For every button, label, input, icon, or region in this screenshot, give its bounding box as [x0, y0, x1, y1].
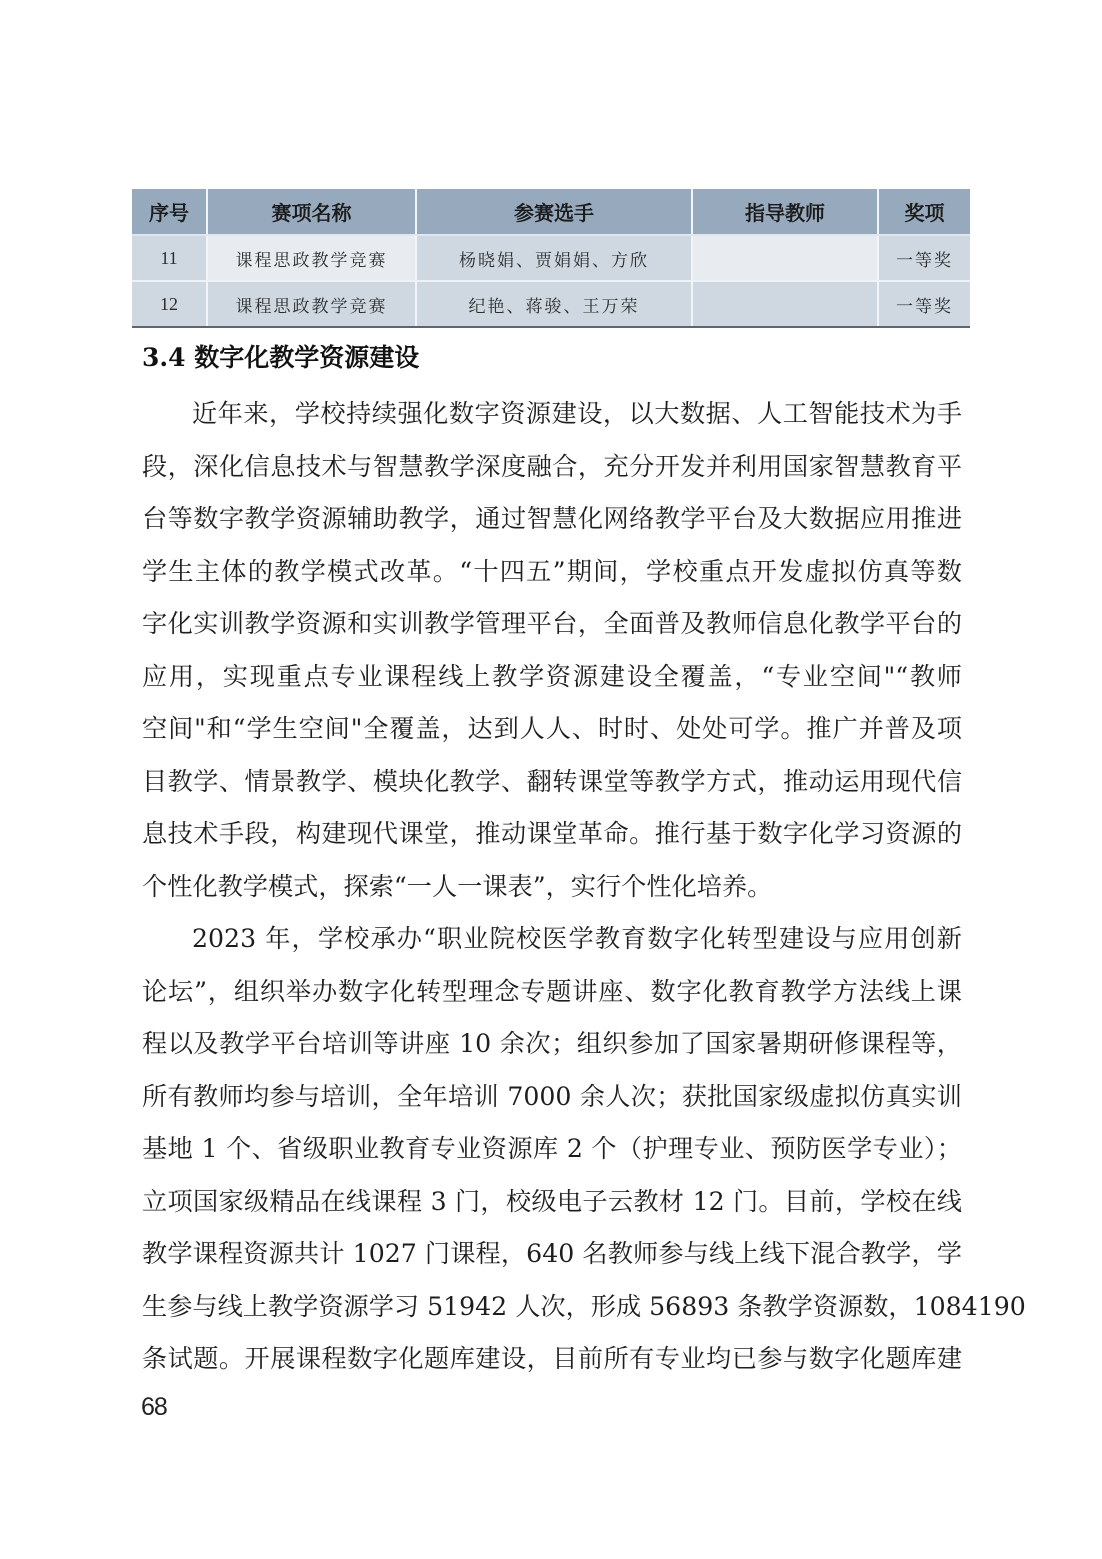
text-line: 字化实训教学资源和实训教学管理平台，全面普及教师信息化教学平台的 [142, 598, 962, 651]
cell-event-name: 课程思政教学竞赛 [207, 281, 416, 327]
competition-awards-table: 序号 赛项名称 参赛选手 指导教师 奖项 11 课程思政教学竞赛 杨晓娟、贾娟娟… [132, 189, 970, 328]
paragraph-2: 2023 年，学校承办“职业院校医学教育数字化转型建设与应用创新 论坛”，组织举… [142, 913, 962, 1386]
text-line: 近年来，学校持续强化数字资源建设，以大数据、人工智能技术为手 [142, 388, 962, 441]
body-text: 近年来，学校持续强化数字资源建设，以大数据、人工智能技术为手 段，深化信息技术与… [142, 388, 962, 1386]
text-line: 教学课程资源共计 1027 门课程，640 名教师参与线上线下混合教学，学 [142, 1228, 962, 1281]
text-line: 个性化教学模式，探索“一人一课表”，实行个性化培养。 [142, 861, 962, 914]
paragraph-1: 近年来，学校持续强化数字资源建设，以大数据、人工智能技术为手 段，深化信息技术与… [142, 388, 962, 913]
cell-advisor [692, 235, 878, 281]
header-advisor: 指导教师 [692, 189, 878, 235]
cell-advisor [692, 281, 878, 327]
cell-award: 一等奖 [878, 281, 970, 327]
text-line: 应用，实现重点专业课程线上教学资源建设全覆盖，“专业空间"“教师 [142, 651, 962, 704]
page-number: 68 [141, 1393, 167, 1422]
text-line: 目教学、情景教学、模块化教学、翻转课堂等教学方式，推动运用现代信 [142, 756, 962, 809]
header-participants: 参赛选手 [416, 189, 692, 235]
table-header-row: 序号 赛项名称 参赛选手 指导教师 奖项 [132, 189, 970, 235]
text-line: 条试题。开展课程数字化题库建设，目前所有专业均已参与数字化题库建 [142, 1333, 962, 1386]
cell-index: 11 [132, 235, 207, 281]
cell-participants: 杨晓娟、贾娟娟、方欣 [416, 235, 692, 281]
table-row: 11 课程思政教学竞赛 杨晓娟、贾娟娟、方欣 一等奖 [132, 235, 970, 281]
text-line: 基地 1 个、省级职业教育专业资源库 2 个（护理专业、预防医学专业）； [142, 1123, 962, 1176]
text-line: 段，深化信息技术与智慧教学深度融合，充分开发并利用国家智慧教育平 [142, 441, 962, 494]
text-line: 息技术手段，构建现代课堂，推动课堂革命。推行基于数字化学习资源的 [142, 808, 962, 861]
document-page: 序号 赛项名称 参赛选手 指导教师 奖项 11 课程思政教学竞赛 杨晓娟、贾娟娟… [0, 0, 1102, 1559]
header-award: 奖项 [878, 189, 970, 235]
text-line: 生参与线上教学资源学习 51942 人次，形成 56893 条教学资源数，108… [142, 1281, 962, 1334]
table-row: 12 课程思政教学竞赛 纪艳、蒋骏、王万荣 一等奖 [132, 281, 970, 327]
text-line: 论坛”，组织举办数字化转型理念专题讲座、数字化教育教学方法线上课 [142, 966, 962, 1019]
cell-index: 12 [132, 281, 207, 327]
cell-award: 一等奖 [878, 235, 970, 281]
text-line: 2023 年，学校承办“职业院校医学教育数字化转型建设与应用创新 [142, 913, 962, 966]
header-event-name: 赛项名称 [207, 189, 416, 235]
text-line: 空间"和“学生空间"全覆盖，达到人人、时时、处处可学。推广并普及项 [142, 703, 962, 756]
text-line: 学生主体的教学模式改革。“十四五”期间，学校重点开发虚拟仿真等数 [142, 546, 962, 599]
cell-event-name: 课程思政教学竞赛 [207, 235, 416, 281]
cell-participants: 纪艳、蒋骏、王万荣 [416, 281, 692, 327]
section-heading: 3.4 数字化教学资源建设 [142, 338, 419, 374]
header-index: 序号 [132, 189, 207, 235]
text-line: 台等数字教学资源辅助教学，通过智慧化网络教学平台及大数据应用推进 [142, 493, 962, 546]
text-line: 立项国家级精品在线课程 3 门，校级电子云教材 12 门。目前，学校在线 [142, 1176, 962, 1229]
text-line: 所有教师均参与培训，全年培训 7000 余人次；获批国家级虚拟仿真实训 [142, 1071, 962, 1124]
text-line: 程以及教学平台培训等讲座 10 余次；组织参加了国家暑期研修课程等， [142, 1018, 962, 1071]
